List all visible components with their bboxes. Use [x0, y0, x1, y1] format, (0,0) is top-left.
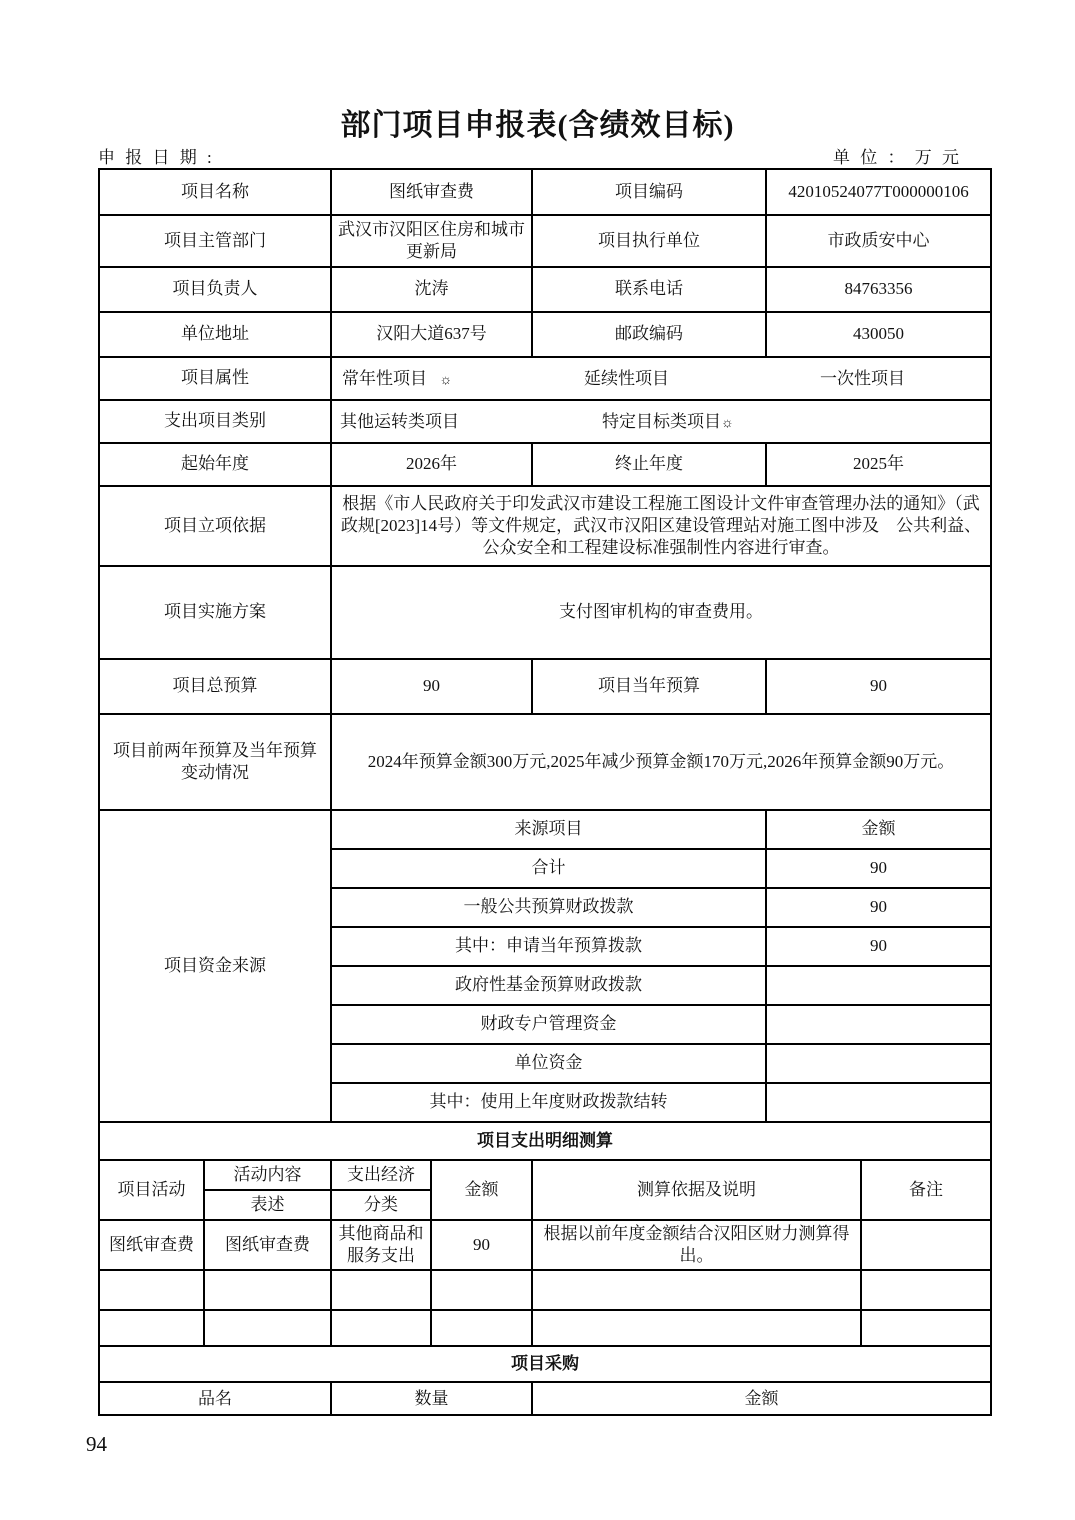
detail-content-empty — [204, 1270, 331, 1310]
detail-header-amount: 金额 — [431, 1160, 532, 1220]
funding-row-gov-fund-amount — [766, 966, 991, 1005]
table-row: 项目采购 — [99, 1346, 991, 1382]
start-year-label: 起始年度 — [99, 443, 331, 486]
detail-header-econ-bottom: 分类 — [331, 1190, 431, 1220]
declaration-form-table: 项目名称 图纸审查费 项目编码 42010524077T000000106 项目… — [98, 168, 992, 1416]
procurement-section-title: 项目采购 — [99, 1346, 991, 1382]
table-row: 项目属性 常年性项目 ☼ 延续性项目 一次性项目 — [99, 357, 991, 400]
table-row: 项目负责人 沈涛 联系电话 84763356 — [99, 267, 991, 312]
current-year-budget-value: 90 — [766, 659, 991, 714]
table-row: 项目主管部门 武汉市汉阳区住房和城市更新局 项目执行单位 市政质安中心 — [99, 215, 991, 267]
detail-header-note: 备注 — [861, 1160, 991, 1220]
procurement-header-quantity: 数量 — [331, 1382, 532, 1415]
detail-basis-value: 根据以前年度金额结合汉阳区财力测算得出。 — [532, 1220, 861, 1270]
project-leader-value: 沈涛 — [331, 267, 532, 312]
table-row: 项目立项依据 根据《市人民政府关于印发武汉市建设工程施工图设计文件审查管理办法的… — [99, 486, 991, 566]
detail-header-content-bottom: 表述 — [204, 1190, 331, 1220]
detail-amount-empty — [431, 1270, 532, 1310]
current-year-budget-label: 项目当年预算 — [532, 659, 766, 714]
table-row: 起始年度 2026年 终止年度 2025年 — [99, 443, 991, 486]
detail-activity-empty — [99, 1270, 204, 1310]
project-leader-label: 项目负责人 — [99, 267, 331, 312]
funding-row-current-year-appropriation: 其中：申请当年预算拨款 — [331, 927, 766, 966]
end-year-value: 2025年 — [766, 443, 991, 486]
detail-activity-value: 图纸审查费 — [99, 1220, 204, 1270]
table-row: 项目总预算 90 项目当年预算 90 — [99, 659, 991, 714]
funding-row-fiscal-account-amount — [766, 1005, 991, 1044]
detail-basis-empty — [532, 1270, 861, 1310]
end-year-label: 终止年度 — [532, 443, 766, 486]
detail-activity-empty — [99, 1310, 204, 1346]
detail-header-activity: 项目活动 — [99, 1160, 204, 1220]
table-row: 项目前两年预算及当年预算 变动情况 2024年预算金额300万元,2025年减少… — [99, 714, 991, 810]
detail-note-empty — [861, 1310, 991, 1346]
detail-note-empty — [861, 1270, 991, 1310]
approval-basis-value: 根据《市人民政府关于印发武汉市建设工程施工图设计文件审查管理办法的通知》（武政规… — [331, 486, 991, 566]
budget-history-label: 项目前两年预算及当年预算 变动情况 — [99, 714, 331, 810]
supervisor-dept-label: 项目主管部门 — [99, 215, 331, 267]
project-name-value: 图纸审查费 — [331, 169, 532, 215]
option-specific-goal: 特定目标类项目☼ — [602, 410, 734, 432]
meta-row: 申 报 日 期 : 单 位 ： 万 元 — [98, 143, 990, 168]
total-budget-value: 90 — [331, 659, 532, 714]
option-continuing: 延续性项目 — [584, 367, 669, 389]
expenditure-category-options: 其他运转类项目 特定目标类项目☼ — [331, 400, 991, 443]
page-title: 部门项目申报表(含绩效目标) — [0, 100, 1075, 144]
table-row: 项目实施方案 支付图审机构的审查费用。 — [99, 566, 991, 659]
funding-source-label: 项目资金来源 — [99, 810, 331, 1122]
budget-history-value: 2024年预算金额300万元,2025年减少预算金额170万元,2026年预算金… — [331, 714, 991, 810]
table-row: 项目支出明细测算 — [99, 1122, 991, 1160]
address-value: 汉阳大道637号 — [331, 312, 532, 357]
implementation-plan-value: 支付图审机构的审查费用。 — [331, 566, 991, 659]
table-row — [99, 1270, 991, 1310]
implementation-plan-label: 项目实施方案 — [99, 566, 331, 659]
project-code-label: 项目编码 — [532, 169, 766, 215]
table-row: 支出项目类别 其他运转类项目 特定目标类项目☼ — [99, 400, 991, 443]
table-row: 品名 数量 金额 — [99, 1382, 991, 1415]
project-attribute-label: 项目属性 — [99, 357, 331, 400]
funding-amount-col-header: 金额 — [766, 810, 991, 849]
funding-source-col-header: 来源项目 — [331, 810, 766, 849]
project-code-value: 42010524077T000000106 — [766, 169, 991, 215]
funding-row-current-year-appropriation-amount: 90 — [766, 927, 991, 966]
table-row: 项目名称 图纸审查费 项目编码 42010524077T000000106 — [99, 169, 991, 215]
procurement-header-name: 品名 — [99, 1382, 331, 1415]
postcode-label: 邮政编码 — [532, 312, 766, 357]
start-year-value: 2026年 — [331, 443, 532, 486]
funding-row-unit-funds-amount — [766, 1044, 991, 1083]
funding-row-general-budget-amount: 90 — [766, 888, 991, 927]
table-row: 图纸审查费 图纸审查费 其他商品和服务支出 90 根据以前年度金额结合汉阳区财力… — [99, 1220, 991, 1270]
postcode-value: 430050 — [766, 312, 991, 357]
project-name-label: 项目名称 — [99, 169, 331, 215]
option-one-time: 一次性项目 — [820, 367, 905, 389]
funding-row-total: 合计 — [331, 849, 766, 888]
detail-header-basis: 测算依据及说明 — [532, 1160, 861, 1220]
phone-value: 84763356 — [766, 267, 991, 312]
table-row — [99, 1310, 991, 1346]
address-label: 单位地址 — [99, 312, 331, 357]
table-row: 项目活动 活动内容 支出经济 金额 测算依据及说明 备注 — [99, 1160, 991, 1190]
executing-unit-value: 市政质安中心 — [766, 215, 991, 267]
approval-basis-label: 项目立项依据 — [99, 486, 331, 566]
funding-row-total-amount: 90 — [766, 849, 991, 888]
procurement-header-amount: 金额 — [532, 1382, 991, 1415]
sun-icon: ☼ — [440, 371, 453, 389]
funding-row-unit-funds: 单位资金 — [331, 1044, 766, 1083]
table-row: 项目资金来源 来源项目 金额 — [99, 810, 991, 849]
funding-row-gov-fund: 政府性基金预算财政拨款 — [331, 966, 766, 1005]
option-perennial: 常年性项目 ☼ — [342, 367, 452, 389]
page-number: 94 — [86, 1432, 107, 1457]
detail-econ-empty — [331, 1270, 431, 1310]
declaration-date-label: 申 报 日 期 : — [98, 143, 215, 168]
detail-content-empty — [204, 1310, 331, 1346]
executing-unit-label: 项目执行单位 — [532, 215, 766, 267]
funding-row-carryover-amount — [766, 1083, 991, 1122]
expenditure-detail-section-title: 项目支出明细测算 — [99, 1122, 991, 1160]
detail-basis-empty — [532, 1310, 861, 1346]
detail-note-value — [861, 1220, 991, 1270]
project-attribute-options: 常年性项目 ☼ 延续性项目 一次性项目 — [331, 357, 991, 400]
detail-content-value: 图纸审查费 — [204, 1220, 331, 1270]
detail-header-content-top: 活动内容 — [204, 1160, 331, 1190]
unit-label: 单 位 ： 万 元 — [833, 143, 990, 168]
total-budget-label: 项目总预算 — [99, 659, 331, 714]
funding-row-general-budget: 一般公共预算财政拨款 — [331, 888, 766, 927]
detail-header-econ-top: 支出经济 — [331, 1160, 431, 1190]
supervisor-dept-value: 武汉市汉阳区住房和城市更新局 — [331, 215, 532, 267]
sun-icon: ☼ — [721, 414, 734, 432]
expenditure-category-label: 支出项目类别 — [99, 400, 331, 443]
funding-row-carryover: 其中：使用上年度财政拨款结转 — [331, 1083, 766, 1122]
detail-econ-value: 其他商品和服务支出 — [331, 1220, 431, 1270]
table-row: 单位地址 汉阳大道637号 邮政编码 430050 — [99, 312, 991, 357]
funding-row-fiscal-account: 财政专户管理资金 — [331, 1005, 766, 1044]
detail-amount-empty — [431, 1310, 532, 1346]
detail-econ-empty — [331, 1310, 431, 1346]
document-page: 部门项目申报表(含绩效目标) 申 报 日 期 : 单 位 ： 万 元 项目名称 … — [0, 0, 1075, 1520]
phone-label: 联系电话 — [532, 267, 766, 312]
detail-amount-value: 90 — [431, 1220, 532, 1270]
option-other-operational: 其他运转类项目 — [340, 410, 459, 432]
